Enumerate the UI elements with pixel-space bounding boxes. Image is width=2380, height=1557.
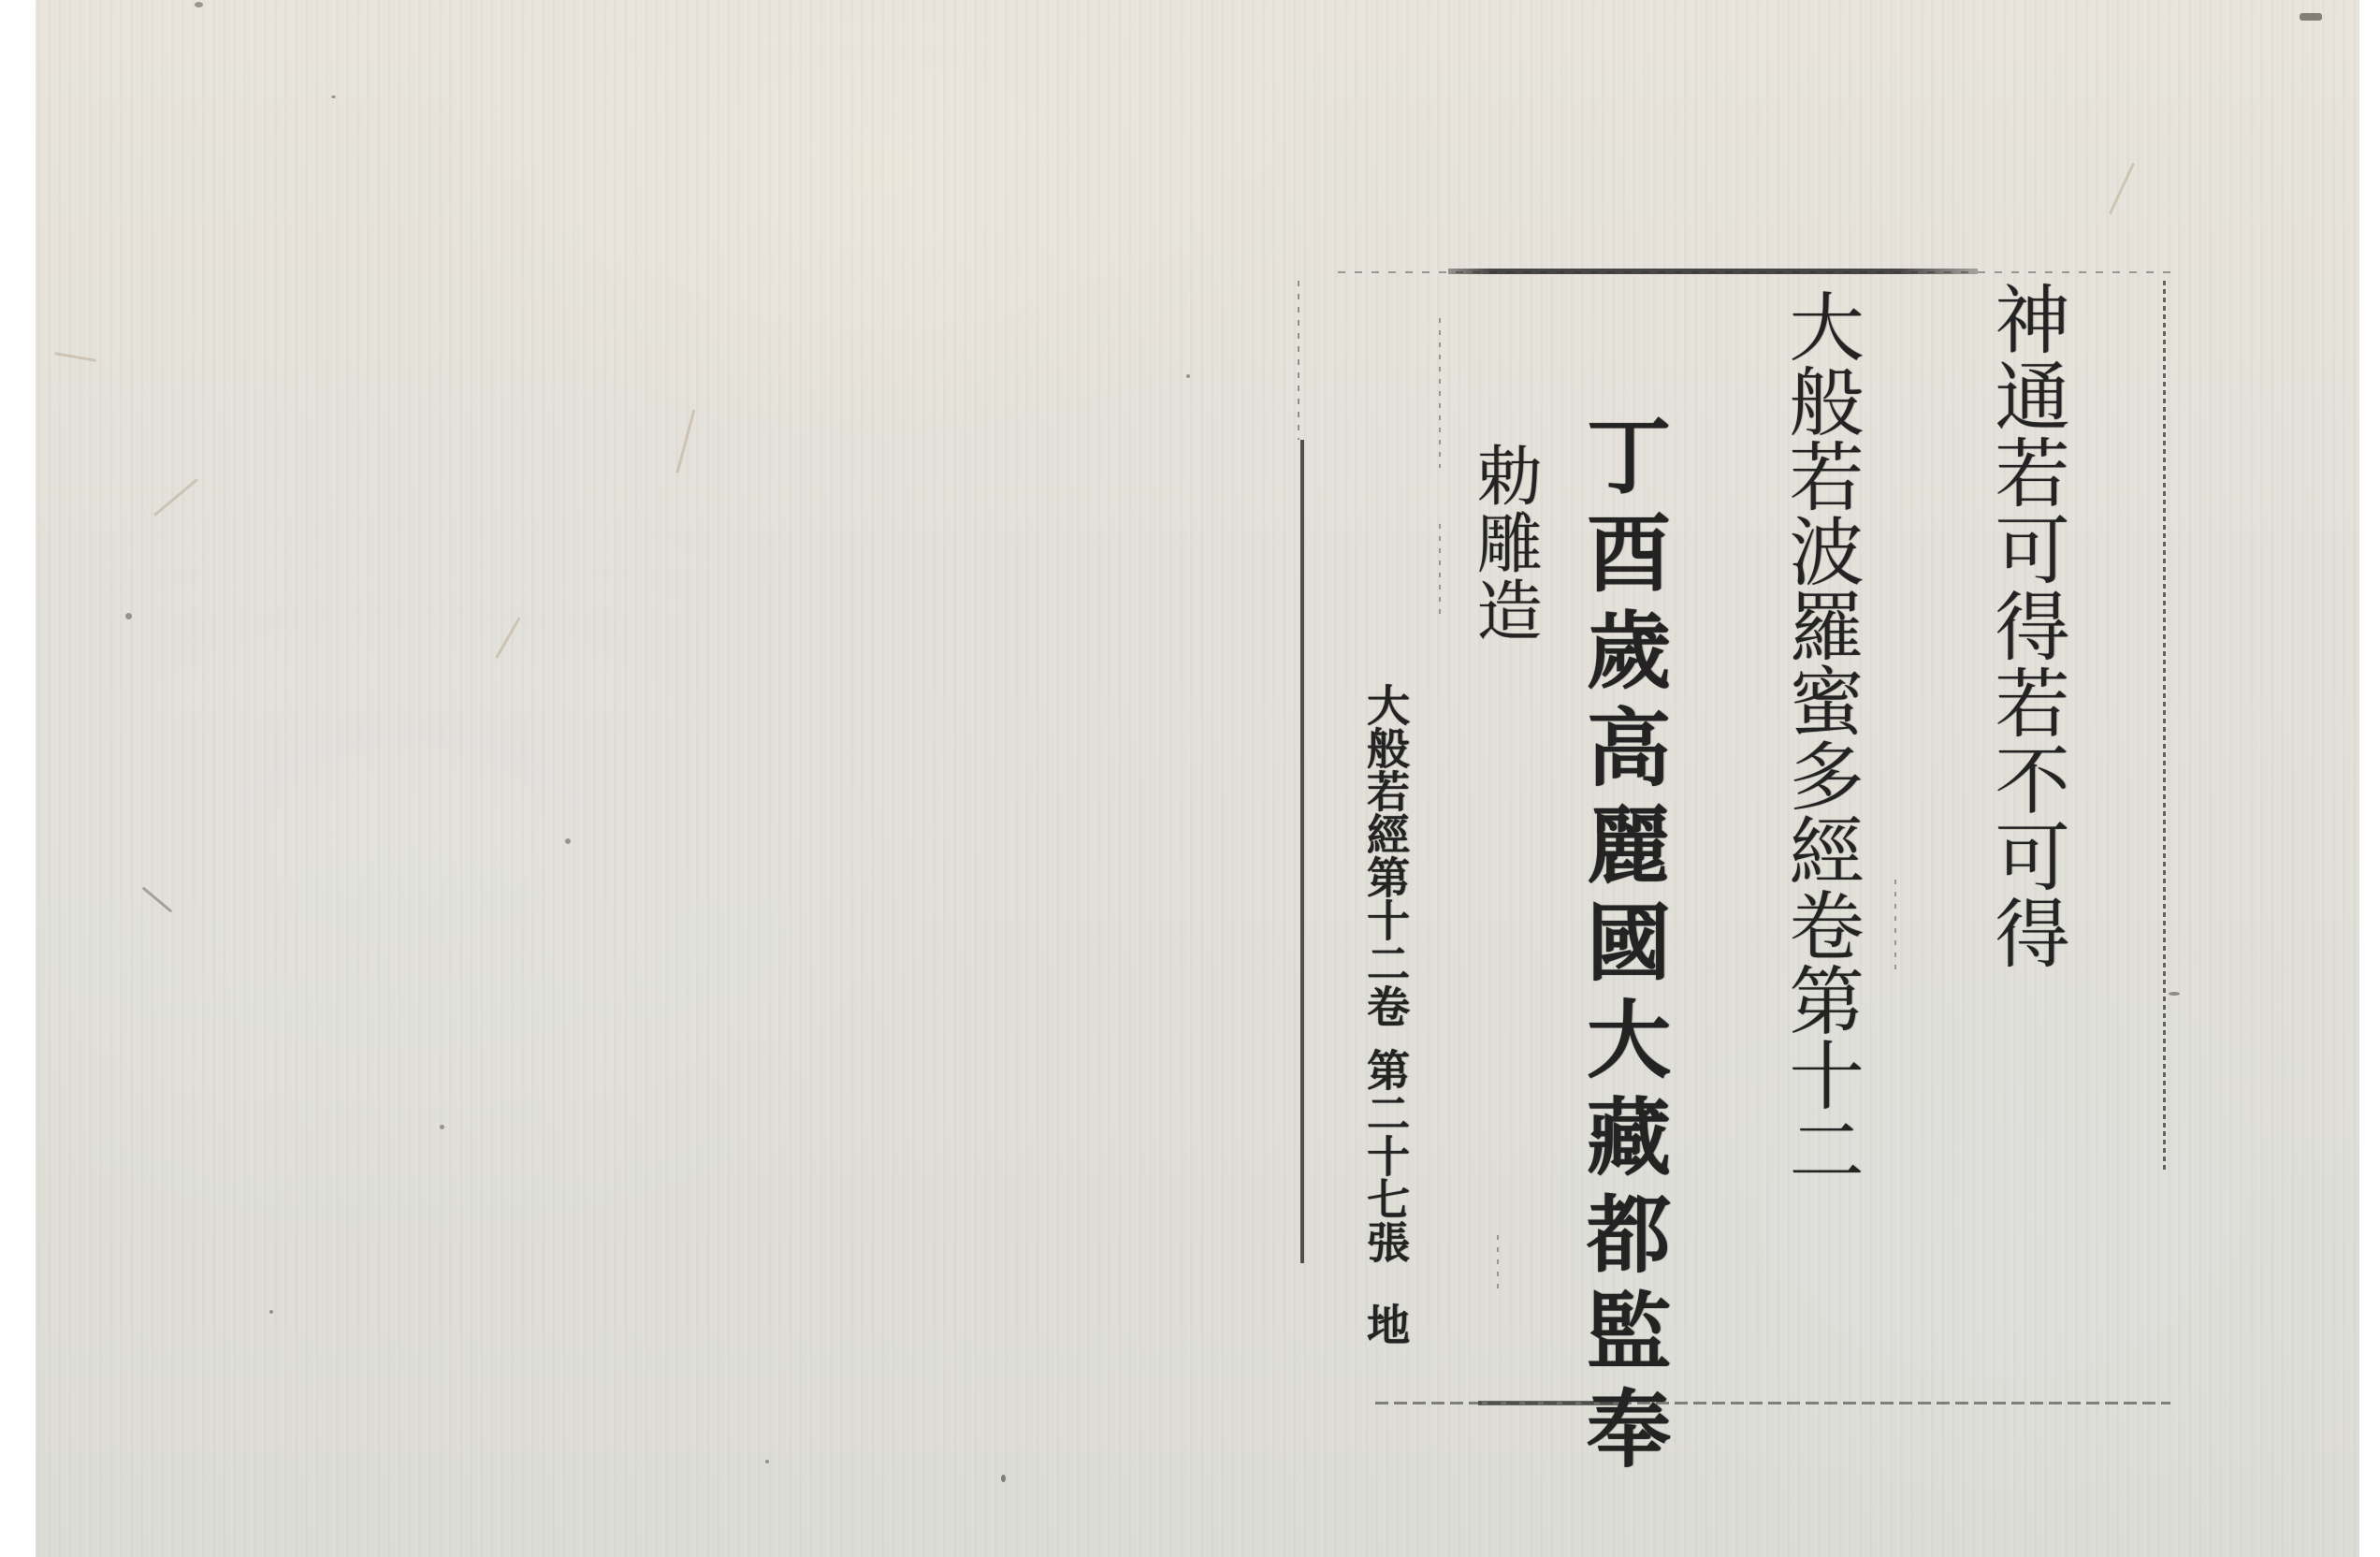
column-guide-line	[1439, 318, 1441, 468]
margin-note-mark: 地	[1360, 1302, 1411, 1346]
paper-fiber	[54, 352, 96, 362]
paper-fleck	[2300, 13, 2322, 21]
paper-fleck	[1186, 374, 1190, 378]
margin-note-column: 大般若經第十二卷第二十七張地	[1364, 683, 1407, 1346]
paper-fleck	[565, 838, 571, 844]
document-viewport: 神通若可得若不可得 大般若波羅蜜多經卷第十二 丁酉歲高麗國大藏都監奉 勅雕造 大…	[0, 0, 2380, 1557]
column-guide-line	[1894, 880, 1896, 973]
paper-fleck	[269, 1310, 273, 1314]
text-column-2-sutra-title: 大般若波羅蜜多經卷第十二	[1782, 288, 1857, 1186]
paper-fleck	[331, 95, 336, 98]
paper-fiber	[675, 409, 695, 473]
frame-top-border	[1448, 269, 1978, 274]
paper-fleck	[195, 2, 203, 7]
frame-right-border	[2163, 281, 2166, 1170]
paper-fiber	[495, 617, 521, 659]
frame-left-border	[1300, 440, 1304, 1263]
paper-fleck	[1001, 1475, 1006, 1482]
column-guide-line	[1497, 1235, 1499, 1291]
paper-fleck	[125, 613, 132, 619]
column-guide-line	[1439, 524, 1441, 618]
text-column-1: 神通若可得若不可得	[1988, 281, 2063, 971]
paper-fiber	[142, 886, 173, 912]
paper-fleck	[765, 1460, 769, 1463]
paper-fiber	[153, 478, 198, 517]
paper-fleck	[2169, 992, 2180, 996]
text-column-3-colophon: 丁酉歲高麗國大藏都監奉	[1579, 412, 1663, 1482]
text-column-4-colophon-end: 勅雕造	[1472, 442, 1537, 644]
margin-note-sheet-number: 第二十七張	[1360, 1048, 1411, 1263]
margin-note-title: 大般若經第十二卷	[1360, 683, 1411, 1027]
paper-fleck	[440, 1125, 444, 1129]
frame-left-border-faint	[1298, 281, 1299, 440]
paper-fiber	[2109, 163, 2135, 215]
